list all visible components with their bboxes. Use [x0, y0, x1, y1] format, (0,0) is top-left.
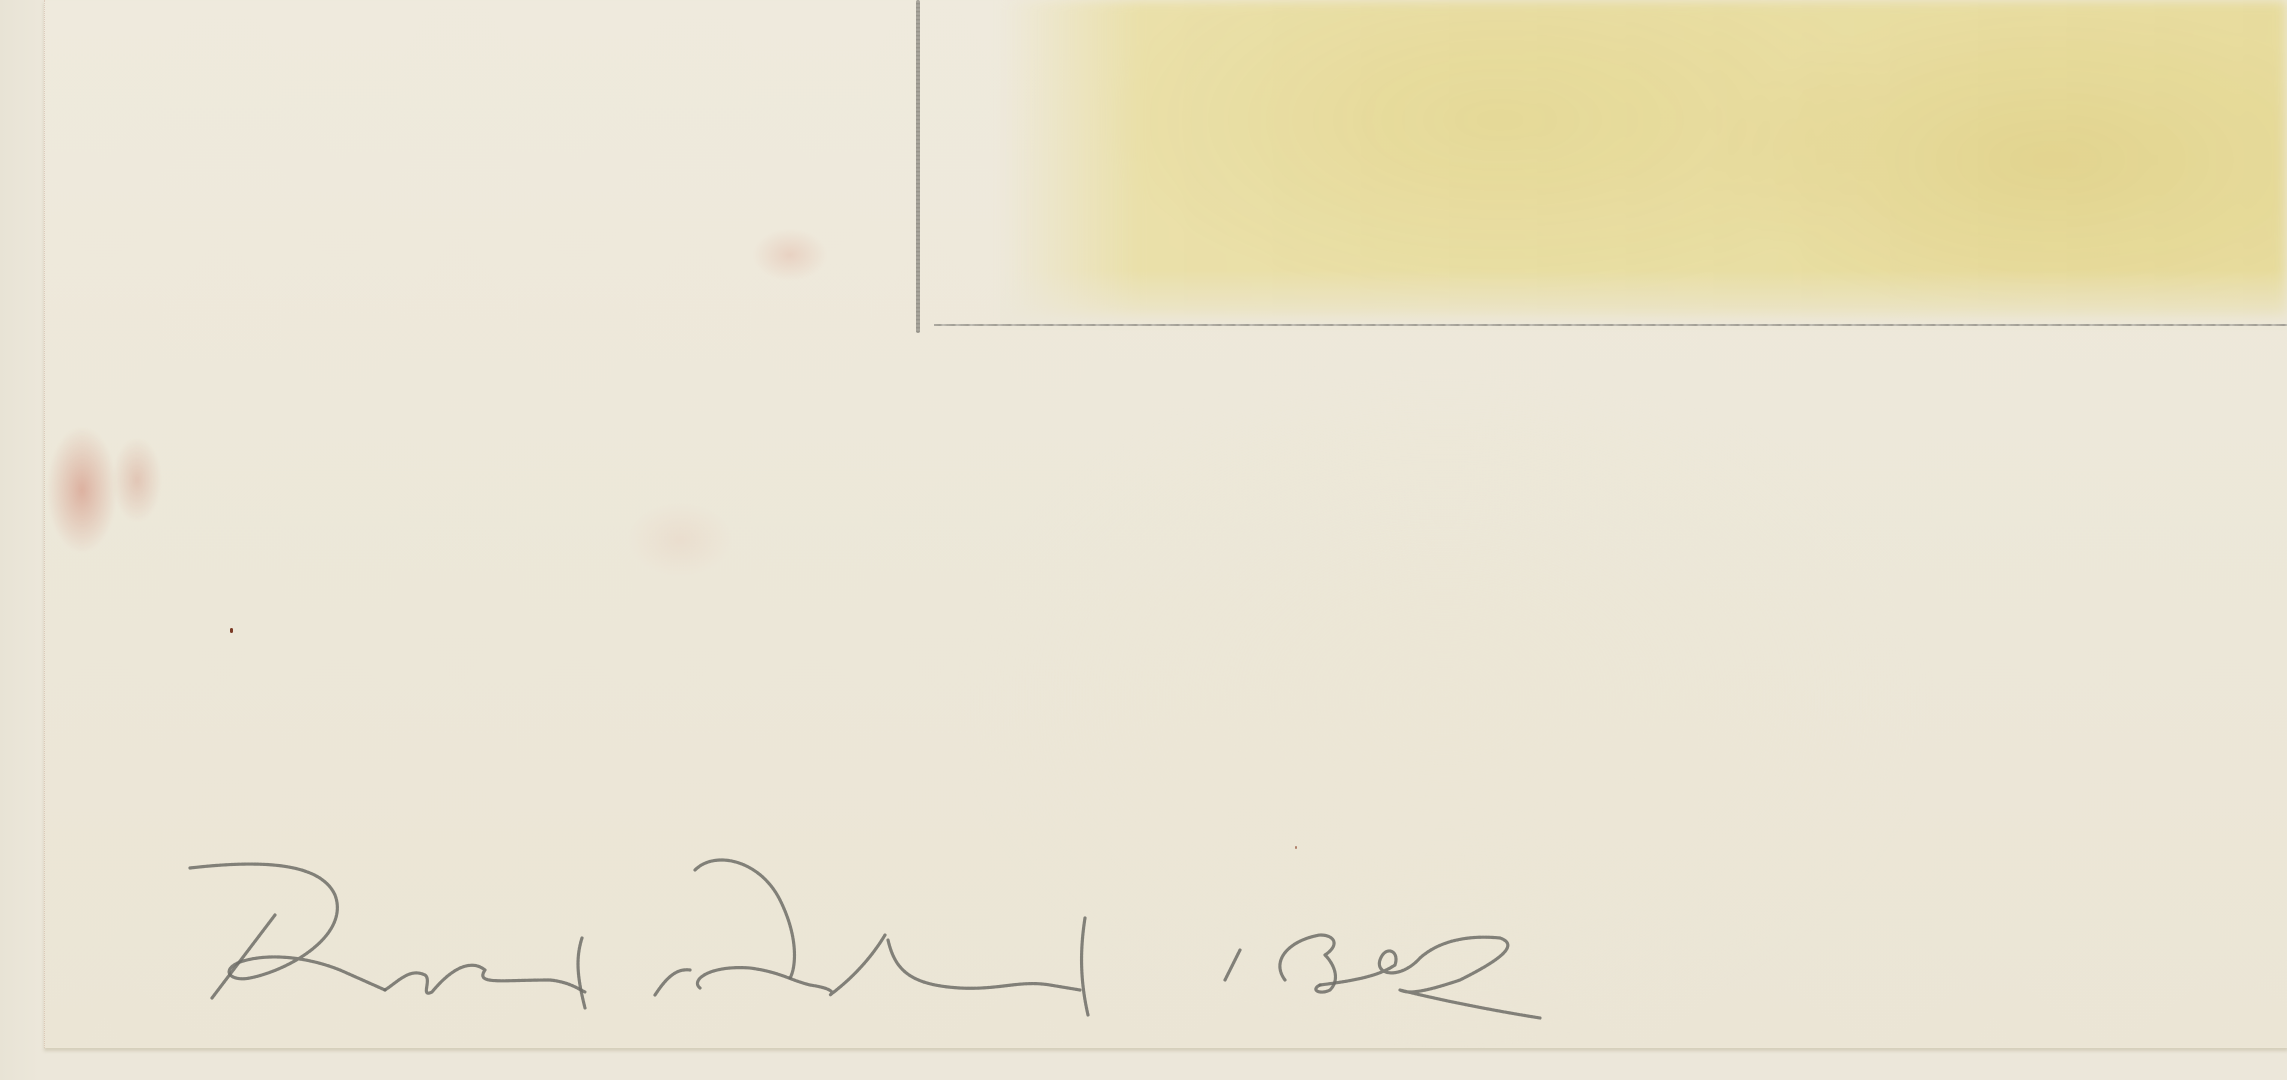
signature-strokes	[170, 840, 1730, 1040]
red-chalk-smudge	[42, 400, 162, 600]
pink-smudge	[730, 200, 850, 300]
paper-speck	[230, 628, 233, 633]
artist-signature: Ronald Davis '13	[170, 840, 1730, 1040]
faint-pink-smudge	[600, 480, 760, 600]
pencil-line-vertical	[916, 0, 920, 333]
artwork-photo: Ronald Davis '13	[0, 0, 2287, 1080]
wash-fade	[1000, 270, 2287, 330]
pencil-line-horizontal	[934, 324, 2287, 326]
